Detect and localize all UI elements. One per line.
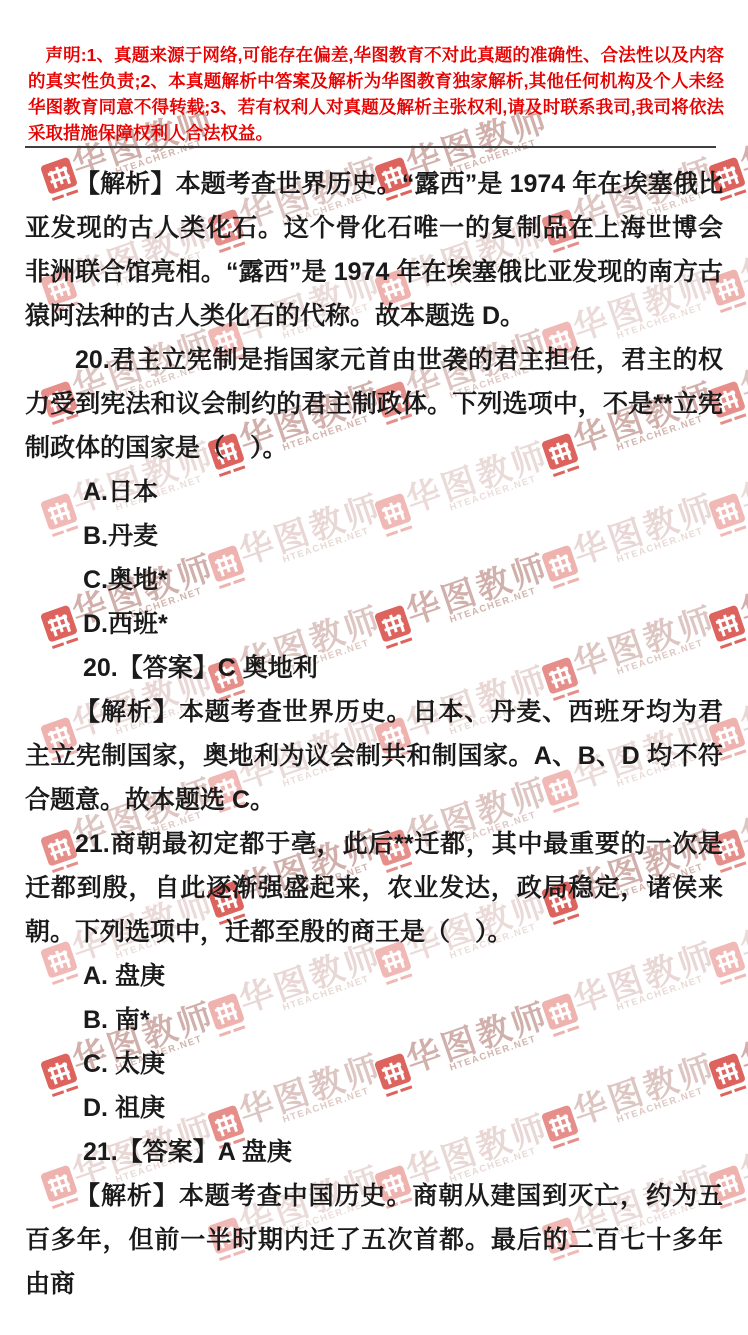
- disclaimer-notice: 声明:1、真题来源于网络,可能存在偏差,华图教育不对此真题的准确性、合法性以及内…: [0, 42, 748, 146]
- option-item: D.西班*: [25, 602, 723, 646]
- option-item: B. 南*: [25, 998, 723, 1042]
- body-paragraph: 【解析】本题考查中国历史。商朝从建国到灭亡，约为五百多年，但前一半时期内迁了五次…: [25, 1174, 723, 1306]
- disclaimer-text: 1、真题来源于网络,可能存在偏差,华图教育不对此真题的准确性、合法性以及内容的真…: [28, 45, 724, 143]
- option-item: D. 祖庚: [25, 1086, 723, 1130]
- body-paragraph: 【解析】本题考查世界历史。“露西”是 1974 年在埃塞俄比亚发现的古人类化石。…: [25, 162, 723, 338]
- section-divider: [25, 146, 716, 148]
- document-content: 声明:1、真题来源于网络,可能存在偏差,华图教育不对此真题的准确性、合法性以及内…: [0, 0, 748, 1306]
- answer-line: 20.【答案】C 奥地利: [25, 646, 723, 690]
- body-paragraph: 21.商朝最初定都于亳，此后**迁都，其中最重要的一次是迁都到殷，自此逐渐强盛起…: [25, 822, 723, 954]
- option-item: C. 太庚: [25, 1042, 723, 1086]
- option-item: B.丹麦: [25, 514, 723, 558]
- document-page: 华图教师HTEACHER.NET华图教师HTEACHER.NET华图教师HTEA…: [0, 0, 748, 1335]
- option-item: C.奥地*: [25, 558, 723, 602]
- question-blocks: 【解析】本题考查世界历史。“露西”是 1974 年在埃塞俄比亚发现的古人类化石。…: [0, 162, 748, 1306]
- body-paragraph: 20.君主立宪制是指国家元首由世袭的君主担任，君主的权力受到宪法和议会制约的君主…: [25, 338, 723, 470]
- option-item: A.日本: [25, 470, 723, 514]
- answer-line: 21.【答案】A 盘庚: [25, 1130, 723, 1174]
- disclaimer-label: 声明:: [46, 45, 87, 65]
- option-item: A. 盘庚: [25, 954, 723, 998]
- body-paragraph: 【解析】本题考查世界历史。日本、丹麦、西班牙均为君主立宪制国家，奥地利为议会制共…: [25, 690, 723, 822]
